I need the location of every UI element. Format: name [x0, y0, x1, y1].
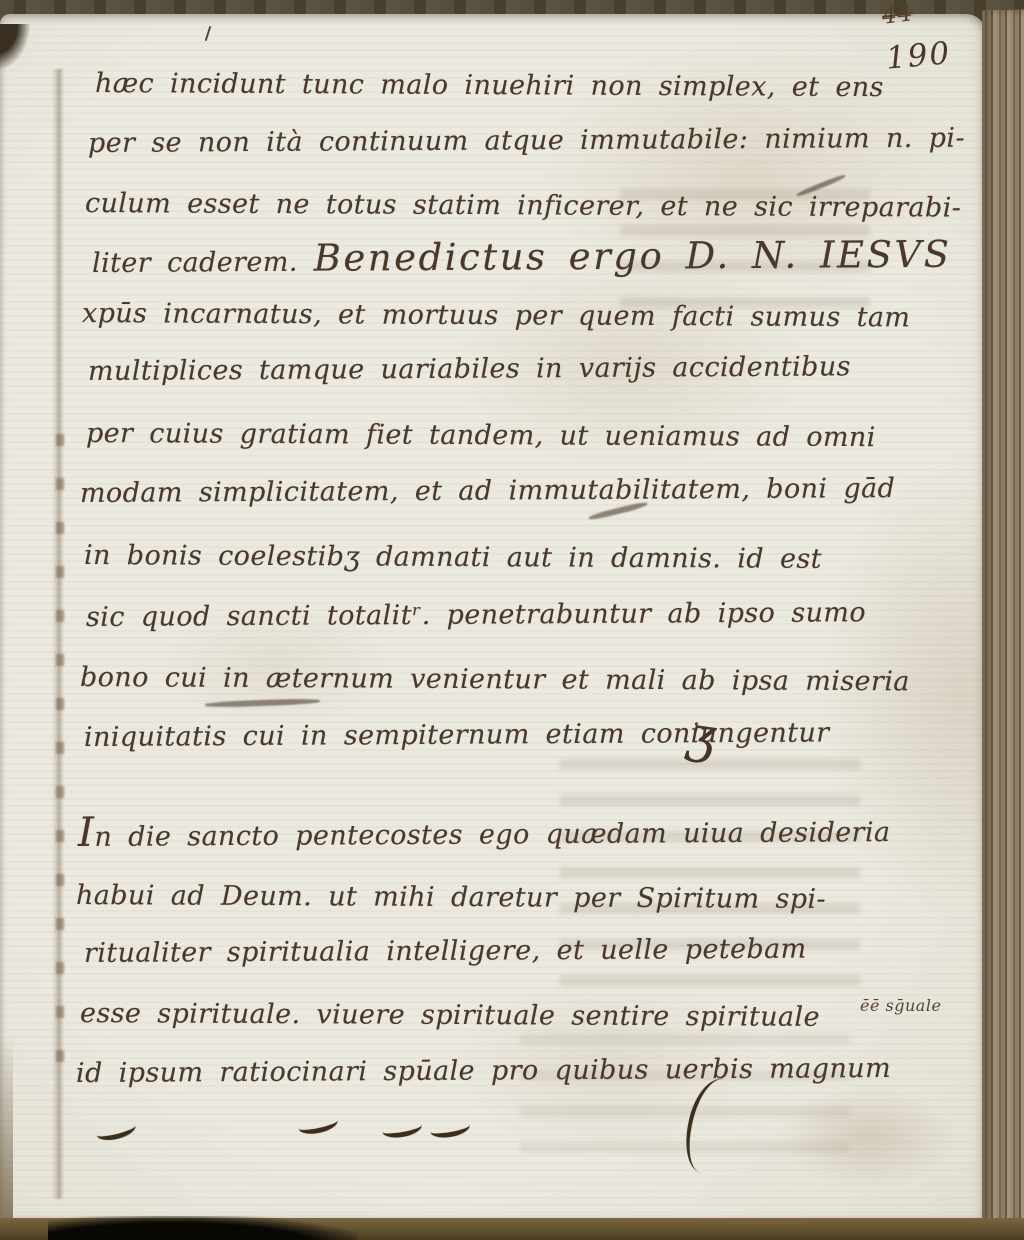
crossed-out-folio-mark: 44 — [881, 0, 915, 30]
book-fore-edge — [982, 10, 1024, 1240]
shadow-blob — [48, 1216, 358, 1240]
ink-flourish — [676, 1074, 747, 1179]
paraph-flourish: ʒ — [684, 704, 720, 765]
manuscript-line: habui ad Deum. ut mihi daretur per Spiri… — [76, 880, 826, 915]
manuscript-line: sic quod sancti totalitʳ. penetrabuntur … — [86, 597, 866, 633]
margin-note: ēē sḡuale — [860, 996, 941, 1015]
manuscript-ink-layer: 44 190 hæc incidunt tunc malo inuehiri n… — [0, 0, 1024, 1240]
manuscript-line: esse spirituale. viuere spirituale senti… — [80, 998, 820, 1033]
manuscript-line: multiplices tamque uariabiles in varijs … — [88, 351, 851, 387]
manuscript-line: xpūs incarnatus, et mortuus per quem fac… — [82, 298, 911, 333]
line-text: liter caderem. — [92, 247, 298, 279]
ink-flourish — [429, 1117, 471, 1141]
manuscript-line: in bonis coelestibʒ damnati aut in damni… — [84, 540, 822, 575]
benedictus-large-script: Benedictus ergo D. N. IESVS — [314, 233, 952, 280]
manuscript-line: per se non ità continuum atque immutabil… — [88, 123, 965, 159]
stray-pen-mark — [205, 26, 212, 41]
manuscript-photo: 44 190 hæc incidunt tunc malo inuehiri n… — [0, 0, 1024, 1240]
manuscript-line: hæc incidunt tunc malo inuehiri non simp… — [95, 68, 884, 103]
ink-smear — [205, 698, 320, 708]
manuscript-line: In die sancto pentecostes ego quædam uiu… — [78, 817, 891, 853]
ink-flourish — [297, 1112, 340, 1137]
page-number: 190 — [885, 35, 953, 77]
ink-flourish — [381, 1117, 423, 1141]
ink-flourish — [95, 1117, 138, 1143]
manuscript-line: per cuius gratiam fiet tandem, ut ueniam… — [86, 418, 876, 453]
manuscript-line: liter caderem. Benedictus ergo D. N. IES… — [92, 233, 952, 281]
manuscript-line: bono cui in æternum venientur et mali ab… — [80, 662, 910, 697]
manuscript-line: ritualiter spiritualia intelligere, et u… — [84, 934, 807, 969]
manuscript-line: modam simplicitatem, et ad immutabilitat… — [80, 473, 895, 509]
manuscript-line: id ipsum ratiocinari spūale pro quibus u… — [76, 1053, 891, 1089]
manuscript-line: culum esset ne totus statim inficerer, e… — [85, 188, 961, 224]
